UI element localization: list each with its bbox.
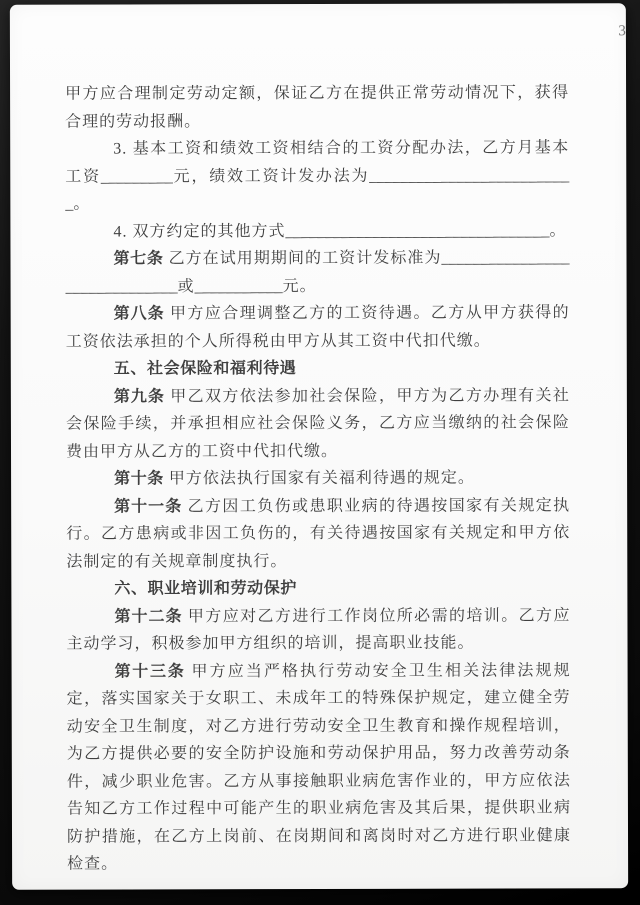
photo-background: 甲方应合理制定劳动定额，保证乙方在提供正常劳动情况下，获得合理的劳动报酬。3. … bbox=[0, 0, 640, 905]
blank-other-method: _________________________________ bbox=[285, 222, 549, 240]
section-heading-6: 六、职业培训和劳动保护 bbox=[66, 574, 570, 603]
clause-10-number: 第十条 bbox=[114, 470, 164, 487]
section-5-title: 五、社会保险和福利待遇 bbox=[114, 360, 297, 377]
clause-9-number: 第九条 bbox=[114, 388, 165, 405]
text-run: 乙方在试用期期间的工资计发标准为 bbox=[163, 250, 441, 268]
text-run: 甲方应合理制定劳动定额，保证乙方在提供正常劳动情况下，获得合理的劳动报酬。 bbox=[65, 84, 569, 130]
section-heading-5: 五、社会保险和福利待遇 bbox=[66, 354, 570, 383]
clause-13-number: 第十三条 bbox=[115, 663, 186, 680]
clause-7-number: 第七条 bbox=[113, 250, 163, 267]
blank-probation-amount: ___________ bbox=[195, 278, 283, 295]
text-run: 元，绩效工资计发办法为 bbox=[173, 167, 369, 185]
contract-page: 甲方应合理制定劳动定额，保证乙方在提供正常劳动情况下，获得合理的劳动报酬。3. … bbox=[10, 3, 628, 890]
section-6-title: 六、职业培训和劳动保护 bbox=[114, 580, 297, 597]
text-run: 。 bbox=[549, 222, 566, 239]
clause-10: 第十条 甲方依法执行国家有关福利待遇的规定。 bbox=[66, 464, 570, 493]
para-item-3: 3. 基本工资和绩效工资相结合的工资分配办法，乙方月基本工资_________元… bbox=[65, 134, 569, 218]
clause-11: 第十一条 乙方因工负伤或患职业病的待遇按国家有关规定执行。乙方患病或非因工负伤的… bbox=[66, 492, 570, 576]
clause-8: 第八条 甲方应合理调整乙方的工资待遇。乙方从甲方获得的工资依法承担的个人所得税由… bbox=[66, 299, 570, 355]
clause-7: 第七条 乙方在试用期期间的工资计发标准为____________________… bbox=[65, 244, 569, 300]
clause-11-number: 第十一条 bbox=[114, 498, 182, 515]
para-item-4: 4. 双方约定的其他方式____________________________… bbox=[65, 217, 569, 246]
para-continuation: 甲方应合理制定劳动定额，保证乙方在提供正常劳动情况下，获得合理的劳动报酬。 bbox=[65, 79, 569, 135]
text-run: 。 bbox=[73, 196, 90, 213]
text-run: 甲方依法执行国家有关福利待遇的规定。 bbox=[164, 470, 475, 488]
text-run: 元。 bbox=[283, 278, 317, 295]
page-number: 3 bbox=[10, 23, 626, 42]
contract-body: 甲方应合理制定劳动定额，保证乙方在提供正常劳动情况下，获得合理的劳动报酬。3. … bbox=[65, 79, 571, 878]
clause-12-number: 第十二条 bbox=[114, 608, 182, 625]
clause-8-number: 第八条 bbox=[114, 305, 165, 322]
text-run: 甲方应当严格执行劳动安全卫生相关法律法规规定，落实国家关于女职工、未成年工的特殊… bbox=[67, 662, 571, 873]
clause-9: 第九条 甲乙双方依法参加社会保险，甲方为乙方办理有关社会保险手续，并承担相应社会… bbox=[66, 382, 570, 466]
clause-13: 第十三条 甲方应当严格执行劳动安全卫生相关法律法规规定，落实国家关于女职工、未成… bbox=[67, 657, 572, 878]
text-run: 或 bbox=[178, 278, 195, 295]
clause-12: 第十二条 甲方应对乙方进行工作岗位所必需的培训。乙方应主动学习，积极参加甲方组织… bbox=[66, 602, 570, 658]
text-run: 4. 双方约定的其他方式 bbox=[113, 223, 285, 240]
blank-basic-salary: _________ bbox=[101, 168, 173, 185]
